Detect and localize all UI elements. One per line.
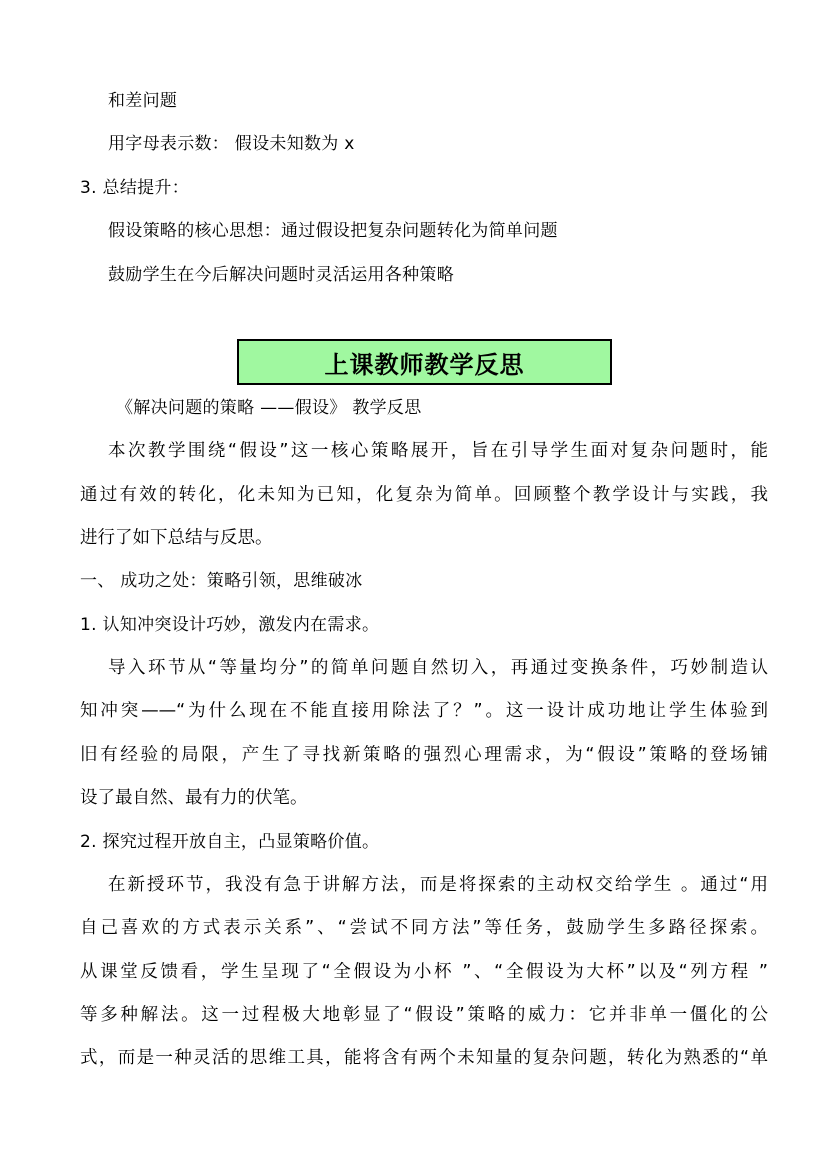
doc-title: 《解决问题的策略 ——假设》 教学反思 — [116, 397, 422, 419]
point2-line: 自己喜欢的方式表示关系”、“尝试不同方法”等任务，鼓励学生多路径探索。 — [80, 917, 768, 939]
step3-heading: 3. 总结提升： — [80, 177, 189, 199]
point1-line: 旧有经验的局限，产生了寻找新策略的强烈心理需求，为“假设”策略的登场铺 — [80, 744, 768, 766]
step3-point-core-idea: 假设策略的核心思想：通过假设把复杂问题转化为简单问题 — [108, 220, 558, 242]
point1-heading: 1. 认知冲突设计巧妙，激发内在需求。 — [80, 614, 379, 636]
reflection-banner: 上课教师教学反思 — [237, 339, 612, 385]
reflection-banner-title: 上课教师教学反思 — [325, 345, 525, 380]
point1-line: 知冲突——“为什么现在不能直接用除法了？”。这一设计成功地让学生体验到 — [80, 700, 768, 722]
point2-line: 等多种解法。这一过程极大地彰显了“假设”策略的威力：它并非单一僵化的公 — [80, 1004, 768, 1026]
point1-line: 导入环节从“等量均分”的简单问题自然切入，再通过变换条件，巧妙制造认 — [108, 657, 768, 679]
intro-line: 通过有效的转化，化未知为已知，化复杂为简单。回顾整个教学设计与实践，我 — [80, 484, 768, 506]
point2-line: 从课堂反馈看，学生呈现了“全假设为小杯 ”、“全假设为大杯”以及“列方程 ” — [80, 961, 768, 983]
step3-point-encourage: 鼓励学生在今后解决问题时灵活运用各种策略 — [108, 264, 454, 286]
point2-line: 式，而是一种灵活的思维工具，能将含有两个未知量的复杂问题，转化为熟悉的“单 — [80, 1047, 768, 1069]
section1-heading: 一、 成功之处：策略引领，思维破冰 — [80, 570, 363, 592]
point2-heading: 2. 探究过程开放自主，凸显策略价值。 — [80, 831, 379, 853]
point1-line: 设了最自然、最有力的伏笔。 — [80, 787, 768, 809]
point2-line: 在新授环节，我没有急于讲解方法，而是将探索的主动权交给学生 。通过“用 — [108, 874, 768, 896]
list-item-hecha-problem: 和差问题 — [108, 90, 177, 112]
intro-line: 本次教学围绕“假设”这一核心策略展开，旨在引导学生面对复杂问题时，能 — [108, 440, 768, 462]
list-item-letters-for-numbers: 用字母表示数： 假设未知数为 x — [108, 133, 355, 155]
intro-line: 进行了如下总结与反思。 — [80, 527, 768, 549]
